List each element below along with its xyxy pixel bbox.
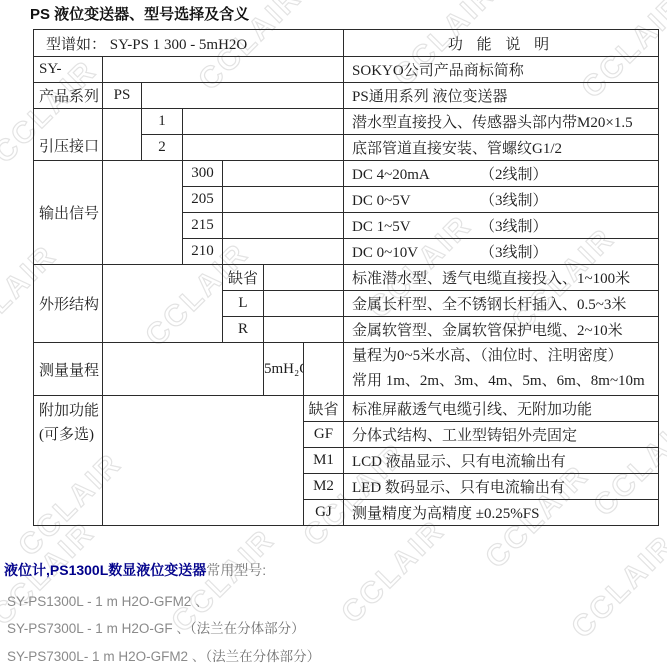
section-label: 外形结构: [34, 265, 103, 343]
desc-cell: 潜水型直接投入、传感器头部内带M20×1.5: [344, 109, 659, 135]
empty-cell: [103, 109, 142, 161]
desc-cell: 金属长杆型、全不锈钢长杆插入、0.5~3米: [344, 291, 659, 317]
model-line: SY-PS1300L - 1 m H2O-GFM2 、: [7, 590, 209, 610]
table-row: 产品系列 PS PS通用系列 液位变送器: [34, 83, 659, 109]
empty-cell: [103, 161, 183, 265]
table-row: 外形结构 缺省 标准潜水型、透气电缆直接投入、1~100米: [34, 265, 659, 291]
desc-cell: DC 0~10V（3线制）: [344, 239, 659, 265]
desc-line-2: 常用 1m、2m、3m、4m、5m、6m、8m~10m: [352, 369, 658, 394]
code-cell: 缺省: [304, 396, 344, 422]
code-cell: 300: [183, 161, 223, 187]
table-row: 引压接口 1 潜水型直接投入、传感器头部内带M20×1.5: [34, 109, 659, 135]
code-cell: R: [223, 317, 264, 343]
code-cell: 205: [183, 187, 223, 213]
section-label-line1: 附加功能: [39, 399, 102, 423]
code-cell: GF: [304, 422, 344, 448]
desc-note: （2线制）: [480, 167, 548, 183]
code-cell: PS: [103, 83, 142, 109]
desc-cell: LED 数码显示、只有电流输出有: [344, 474, 659, 500]
desc-text: DC 0~10V: [352, 245, 480, 262]
desc-cell: DC 1~5V（3线制）: [344, 213, 659, 239]
desc-cell: PS通用系列 液位变送器: [344, 83, 659, 109]
header-function-desc: 功 能 说 明: [344, 30, 659, 57]
empty-cell: [142, 83, 344, 109]
section-label: SY-: [34, 57, 103, 83]
empty-cell: [103, 57, 344, 83]
empty-cell: [264, 265, 344, 291]
section-label-line2: (可多选): [39, 423, 102, 447]
desc-note: （3线制）: [480, 219, 548, 235]
desc-cell: 标准潜水型、透气电缆直接投入、1~100米: [344, 265, 659, 291]
desc-cell: 底部管道直接安装、管螺纹G1/2: [344, 135, 659, 161]
code-cell: 缺省: [223, 265, 264, 291]
footer-heading-suffix: 常用型号:: [206, 562, 266, 578]
desc-note: （3线制）: [480, 245, 548, 261]
desc-text: DC 4~20mA: [352, 167, 480, 184]
code-cell: 215: [183, 213, 223, 239]
desc-cell: 测量精度为高精度 ±0.25%FS: [344, 500, 659, 526]
empty-cell: [103, 265, 223, 343]
empty-cell: [304, 343, 344, 396]
empty-cell: [223, 187, 344, 213]
section-label: 附加功能 (可多选): [34, 396, 103, 526]
table-row: 测量量程 5mH₂O 量程为0~5米水高、（油位时、注明密度） 常用 1m、2m…: [34, 343, 659, 396]
empty-cell: [103, 343, 264, 396]
desc-cell: 分体式结构、工业型铸铝外壳固定: [344, 422, 659, 448]
desc-line-1: 量程为0~5米水高、（油位时、注明密度）: [352, 344, 658, 369]
table-row: 型谱如： SY-PS 1 300 - 5mH2O 功 能 说 明: [34, 30, 659, 57]
section-label: 测量量程: [34, 343, 103, 396]
watermark-text: CCLAIR: [565, 529, 667, 646]
table-row: SY- SOKYO公司产品商标简称: [34, 57, 659, 83]
section-label: 引压接口: [34, 109, 103, 161]
code-cell: 1: [142, 109, 183, 135]
desc-cell: DC 4~20mA（2线制）: [344, 161, 659, 187]
section-label: 输出信号: [34, 161, 103, 265]
header-model-spectrum: 型谱如： SY-PS 1 300 - 5mH2O: [34, 30, 344, 57]
empty-cell: [264, 317, 344, 343]
table-row: 输出信号 300 DC 4~20mA（2线制）: [34, 161, 659, 187]
desc-cell: LCD 液晶显示、只有电流输出有: [344, 448, 659, 474]
desc-note: （3线制）: [480, 193, 548, 209]
watermark-text: CCLAIR: [335, 514, 452, 631]
model-line: SY-PS7300L - 1 m H2O-GF 、（法兰在分体部分）: [7, 617, 305, 637]
desc-text: DC 1~5V: [352, 219, 480, 236]
model-selection-table: 型谱如： SY-PS 1 300 - 5mH2O 功 能 说 明 SY- SOK…: [33, 29, 659, 526]
desc-cell: SOKYO公司产品商标简称: [344, 57, 659, 83]
code-cell: M1: [304, 448, 344, 474]
code-cell: L: [223, 291, 264, 317]
empty-cell: [223, 239, 344, 265]
empty-cell: [264, 291, 344, 317]
desc-cell: 量程为0~5米水高、（油位时、注明密度） 常用 1m、2m、3m、4m、5m、6…: [344, 343, 659, 396]
empty-cell: [103, 396, 304, 526]
footer-heading-product: 液位计,PS1300L数显液位变送器: [4, 562, 206, 578]
model-code: SY-PS1300L - 1 m H2O-GFM2 、: [7, 594, 209, 609]
model-line: SY-PS7300L- 1 m H2O-GFM2 、（法兰在分体部分）: [7, 645, 320, 665]
section-label: 产品系列: [34, 83, 103, 109]
empty-cell: [183, 135, 344, 161]
table-row: 附加功能 (可多选) 缺省 标准屏蔽透气电缆引线、无附加功能: [34, 396, 659, 422]
code-cell: 210: [183, 239, 223, 265]
desc-cell: 标准屏蔽透气电缆引线、无附加功能: [344, 396, 659, 422]
desc-cell: DC 0~5V（3线制）: [344, 187, 659, 213]
model-code: SY-PS7300L - 1 m H2O-GF 、: [7, 621, 190, 636]
code-cell: 2: [142, 135, 183, 161]
desc-text: DC 0~5V: [352, 193, 480, 210]
empty-cell: [223, 213, 344, 239]
code-cell: 5mH₂O: [264, 343, 304, 396]
model-note: （法兰在分体部分）: [190, 621, 305, 636]
page-title: PS 液位变送器、型号选择及含义: [30, 3, 249, 24]
model-code: SY-PS7300L- 1 m H2O-GFM2 、: [7, 649, 205, 664]
footer-heading: 液位计,PS1300L数显液位变送器常用型号:: [4, 560, 266, 580]
empty-cell: [183, 109, 344, 135]
empty-cell: [223, 161, 344, 187]
model-note: （法兰在分体部分）: [205, 649, 320, 664]
code-cell: GJ: [304, 500, 344, 526]
desc-cell: 金属软管型、金属软管保护电缆、2~10米: [344, 317, 659, 343]
code-cell: M2: [304, 474, 344, 500]
